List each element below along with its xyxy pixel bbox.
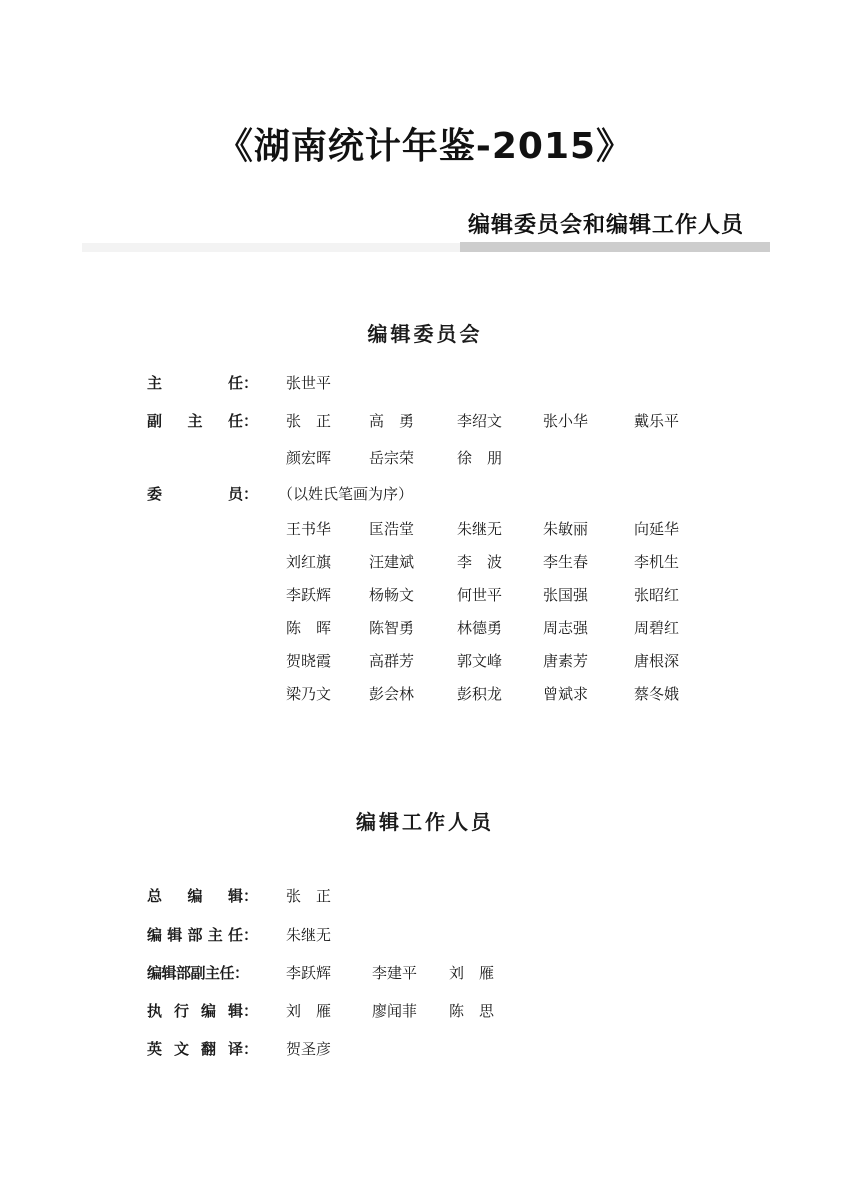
member-name: 李机生 <box>634 551 679 572</box>
staff-heading: 编辑工作人员 <box>0 806 850 835</box>
member-row: 陈 晖 陈智勇 林德勇 周志强 周碧红 <box>0 617 850 641</box>
staff-role-row: 英 文 翻 译： 贺圣彦 <box>0 1038 850 1062</box>
member-name: 郭文峰 <box>457 650 502 671</box>
member-name: 陈 晖 <box>286 617 331 638</box>
member-name: 李跃辉 <box>286 584 331 605</box>
member-row: 李跃辉 杨畅文 何世平 张国强 张昭红 <box>0 584 850 608</box>
member-name: 陈智勇 <box>369 617 414 638</box>
label-char: 译： <box>228 1038 258 1059</box>
member-name: 刘红旗 <box>286 551 331 572</box>
label-char: 行 <box>174 1000 189 1021</box>
label-char: 主 <box>147 372 162 393</box>
members-ordering-note: （以姓氏笔画为序） <box>278 483 413 504</box>
staff-role-row: 总 编 辑： 张 正 <box>0 885 850 909</box>
member-name: 周碧红 <box>634 617 679 638</box>
label-char: 编 <box>187 885 202 906</box>
deputy-director-name: 戴乐平 <box>634 410 679 431</box>
label-char: 副 <box>147 410 162 431</box>
member-name: 唐素芳 <box>543 650 588 671</box>
member-name: 梁乃文 <box>286 683 331 704</box>
member-row: 刘红旗 汪建斌 李 波 李生春 李机生 <box>0 551 850 575</box>
deputy-director-row: 颜宏晖 岳宗荣 徐 朋 <box>0 447 850 471</box>
page-subtitle: 编辑委员会和编辑工作人员 <box>468 208 744 239</box>
staff-name: 陈 思 <box>449 1000 494 1021</box>
deputy-director-name: 张 正 <box>286 410 331 431</box>
header-rule-light <box>82 243 460 252</box>
member-name: 彭积龙 <box>457 683 502 704</box>
label-char: 总 <box>147 885 162 906</box>
label-char: 部 <box>187 924 202 945</box>
label-char: 辑： <box>228 1000 258 1021</box>
staff-name: 刘 雁 <box>286 1000 331 1021</box>
deputy-director-name: 李绍文 <box>457 410 502 431</box>
staff-role-row: 编 辑 部 主 任： 朱继无 <box>0 924 850 948</box>
label-char: 任： <box>228 372 258 393</box>
department-director-label: 编 辑 部 主 任： <box>147 924 258 945</box>
deputy-director-name: 高 勇 <box>369 410 414 431</box>
member-row: 贺晓霞 高群芳 郭文峰 唐素芳 唐根深 <box>0 650 850 674</box>
member-name: 林德勇 <box>457 617 502 638</box>
label-char: 英 <box>147 1038 162 1059</box>
deputy-director-label: 副 主 任： <box>147 410 258 431</box>
member-name: 向延华 <box>634 518 679 539</box>
deputy-department-director-label: 编辑部副主任： <box>147 962 258 983</box>
member-name: 周志强 <box>543 617 588 638</box>
director-name: 张世平 <box>286 372 331 393</box>
members-label: 委 员： <box>147 483 258 504</box>
staff-name: 贺圣彦 <box>286 1038 331 1059</box>
english-translation-label: 英 文 翻 译： <box>147 1038 258 1059</box>
member-name: 李生春 <box>543 551 588 572</box>
deputy-director-name: 岳宗荣 <box>369 447 414 468</box>
label-char: 翻 <box>201 1038 216 1059</box>
staff-role-row: 执 行 编 辑： 刘 雁 廖闻菲 陈 思 <box>0 1000 850 1024</box>
member-name: 张国强 <box>543 584 588 605</box>
staff-name: 李跃辉 <box>286 962 331 983</box>
member-row: 王书华 匡浩堂 朱继无 朱敏丽 向延华 <box>0 518 850 542</box>
deputy-director-row: 副 主 任： 张 正 高 勇 李绍文 张小华 戴乐平 <box>0 410 850 434</box>
member-row: 梁乃文 彭会林 彭积龙 曾斌求 蔡冬娥 <box>0 683 850 707</box>
member-name: 何世平 <box>457 584 502 605</box>
label-char: 辑 <box>167 924 182 945</box>
member-name: 李 波 <box>457 551 502 572</box>
deputy-director-name: 张小华 <box>543 410 588 431</box>
label-char: 主 <box>208 924 223 945</box>
member-name: 张昭红 <box>634 584 679 605</box>
member-name: 唐根深 <box>634 650 679 671</box>
member-name: 高群芳 <box>369 650 414 671</box>
member-name: 曾斌求 <box>543 683 588 704</box>
editor-in-chief-label: 总 编 辑： <box>147 885 258 906</box>
staff-name: 刘 雁 <box>449 962 494 983</box>
label-char: 委 <box>147 483 162 504</box>
book-title: 《湖南统计年鉴-2015》 <box>0 118 850 169</box>
member-name: 杨畅文 <box>369 584 414 605</box>
label-char: 主 <box>187 410 202 431</box>
member-name: 王书华 <box>286 518 331 539</box>
members-row: 委 员： （以姓氏笔画为序） <box>0 483 850 507</box>
staff-name: 张 正 <box>286 885 331 906</box>
deputy-director-name: 徐 朋 <box>457 447 502 468</box>
staff-name: 朱继无 <box>286 924 331 945</box>
deputy-director-name: 颜宏晖 <box>286 447 331 468</box>
label-char: 任： <box>228 924 258 945</box>
label-char: 辑： <box>228 885 258 906</box>
director-label: 主 任： <box>147 372 258 393</box>
staff-role-row: 编辑部副主任： 李跃辉 李建平 刘 雁 <box>0 962 850 986</box>
header-rule-dark <box>460 242 770 252</box>
label-char: 编辑部副主任： <box>147 962 249 983</box>
committee-heading: 编辑委员会 <box>0 318 850 347</box>
label-char: 任： <box>228 410 258 431</box>
label-char: 执 <box>147 1000 162 1021</box>
director-row: 主 任： 张世平 <box>0 372 850 396</box>
label-char: 文 <box>174 1038 189 1059</box>
label-char: 员： <box>228 483 258 504</box>
staff-name: 李建平 <box>372 962 417 983</box>
staff-name: 廖闻菲 <box>372 1000 417 1021</box>
label-char: 编 <box>147 924 162 945</box>
member-name: 朱敏丽 <box>543 518 588 539</box>
member-name: 蔡冬娥 <box>634 683 679 704</box>
executive-editor-label: 执 行 编 辑： <box>147 1000 258 1021</box>
member-name: 汪建斌 <box>369 551 414 572</box>
member-name: 贺晓霞 <box>286 650 331 671</box>
member-name: 彭会林 <box>369 683 414 704</box>
label-char: 编 <box>201 1000 216 1021</box>
member-name: 朱继无 <box>457 518 502 539</box>
member-name: 匡浩堂 <box>369 518 414 539</box>
